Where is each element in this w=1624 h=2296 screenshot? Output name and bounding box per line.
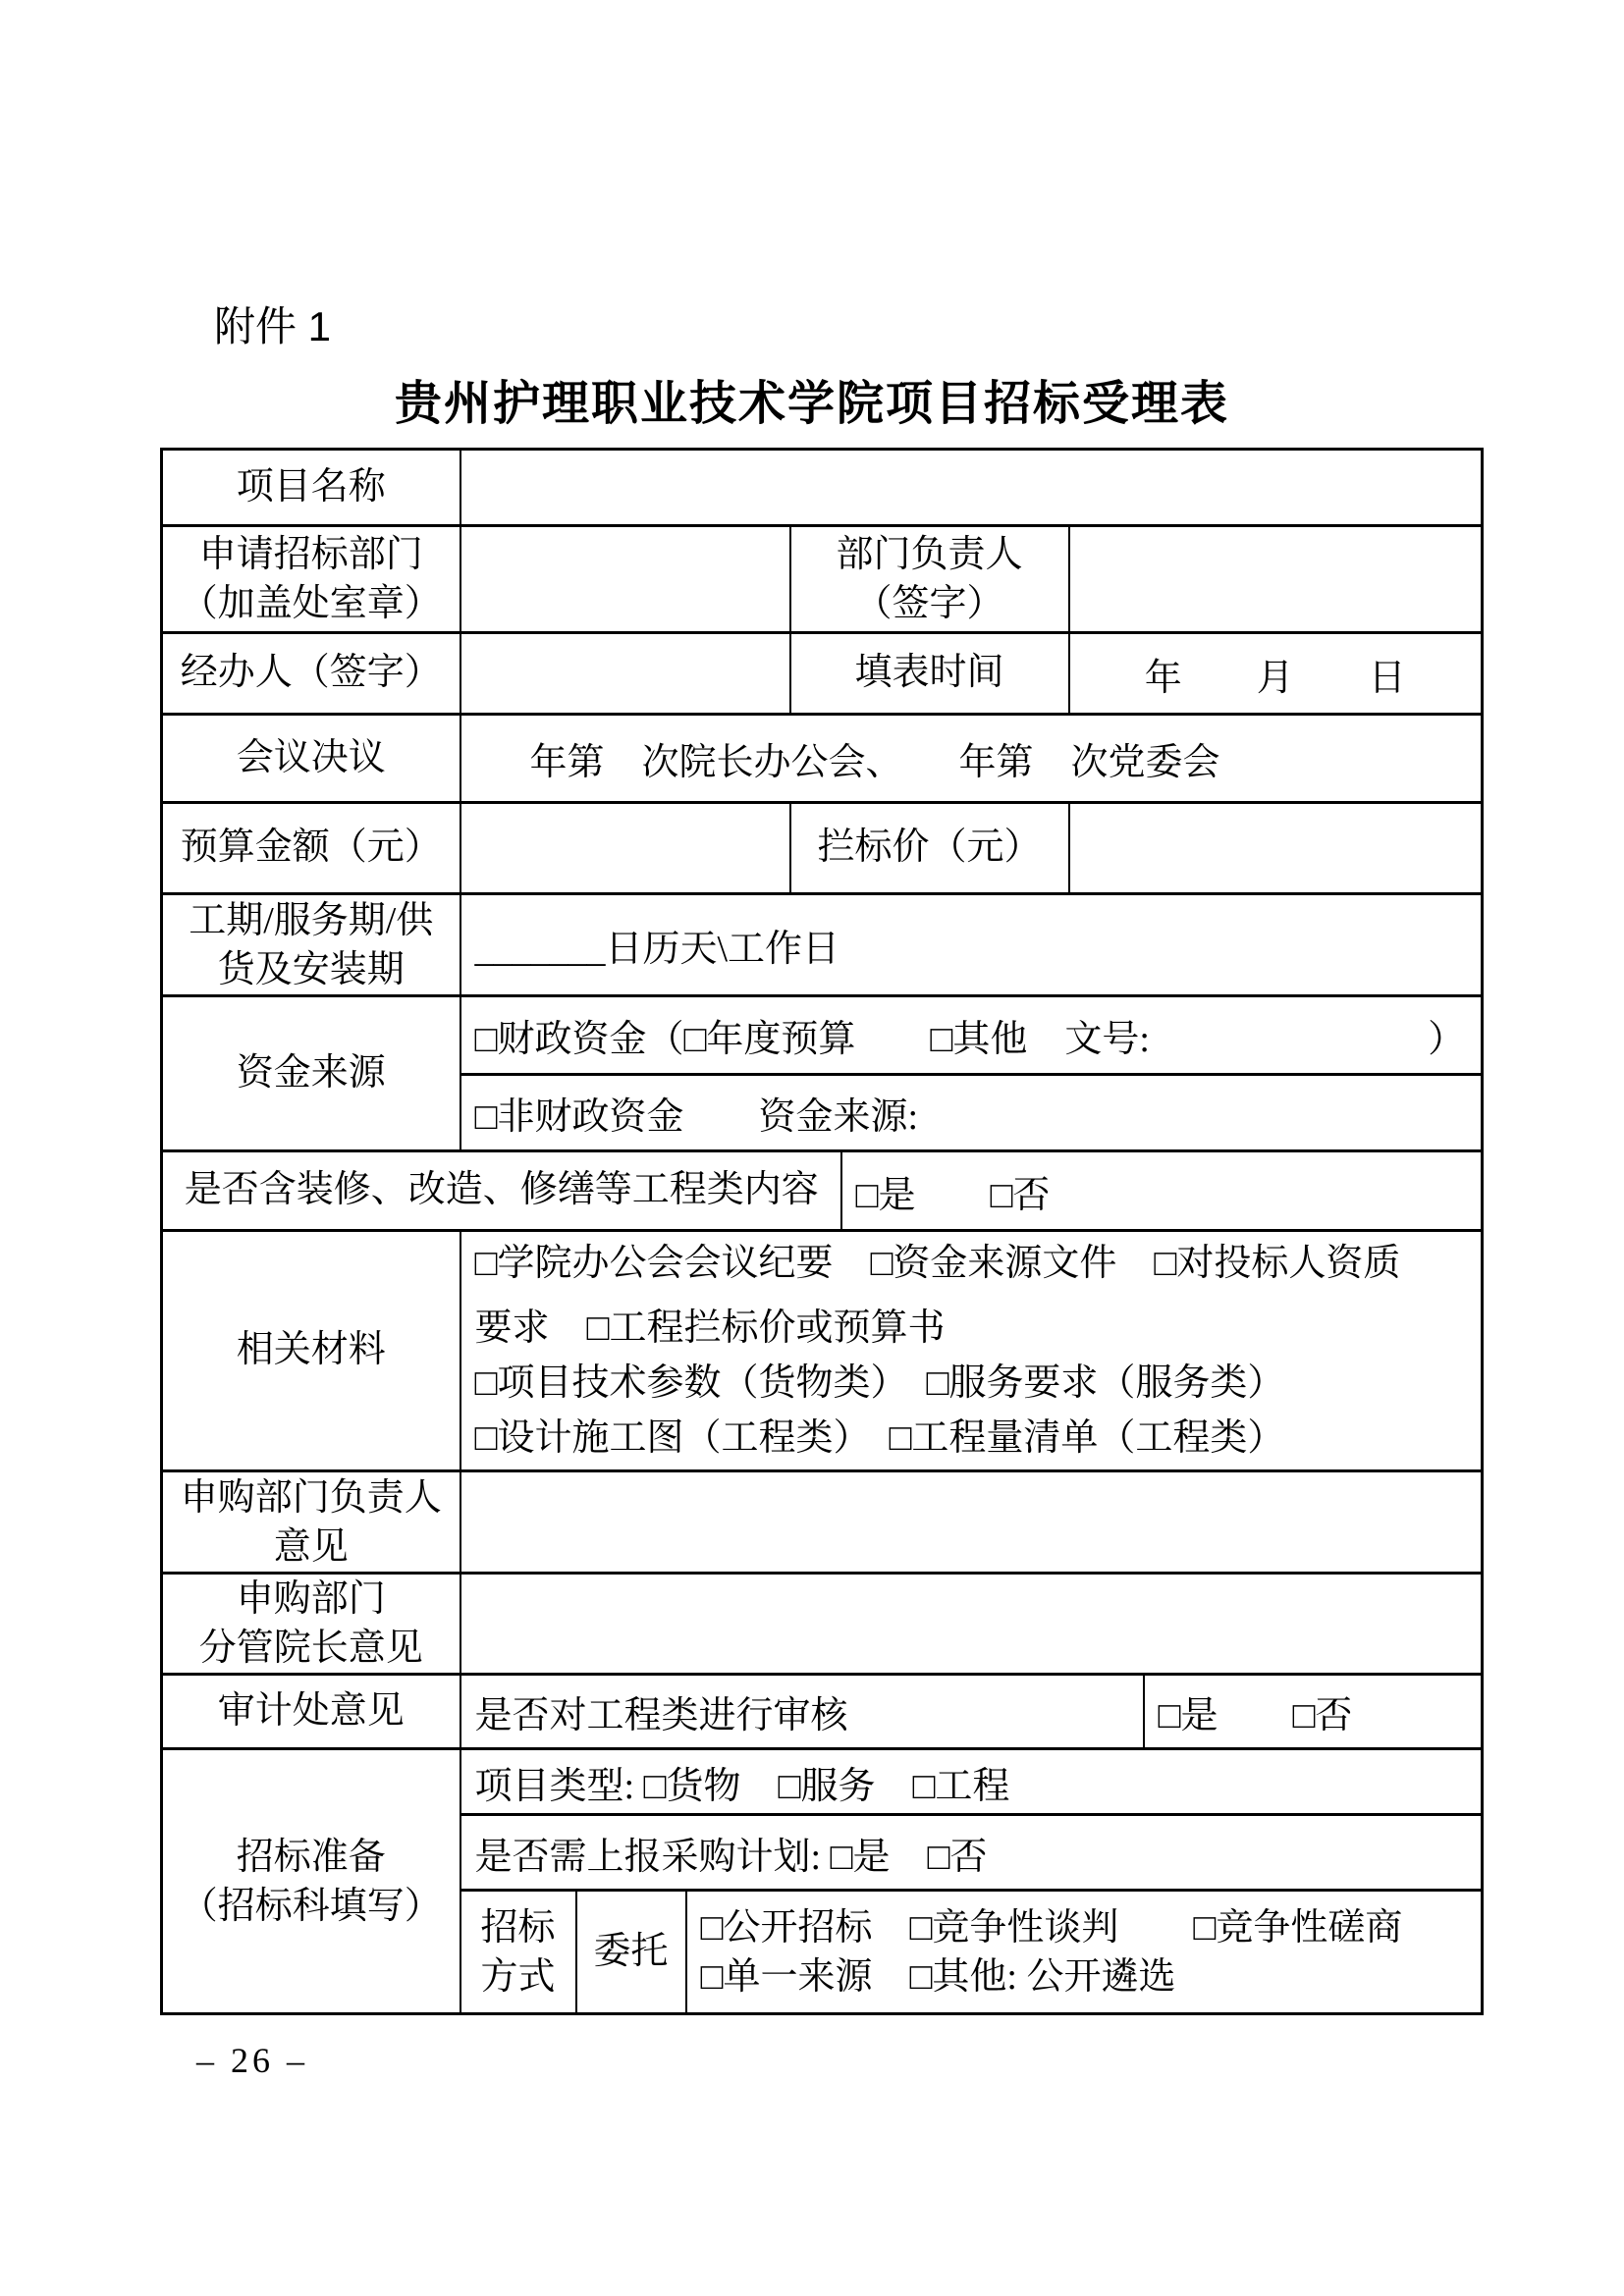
dept-head-label-line2: （签字）: [791, 579, 1068, 628]
row-vice-president-opinion: 申购部门 分管院长意见: [162, 1574, 1483, 1675]
handler-value: [460, 633, 790, 715]
row-materials: 相关材料 □学院办公会会议纪要 □资金来源文件 □对投标人资质 要求 □工程拦标…: [162, 1231, 1483, 1471]
audit-options: □是 □否: [1144, 1675, 1483, 1749]
audit-label: 审计处意见: [162, 1675, 460, 1749]
cap-price-value: [1069, 803, 1483, 894]
row-project-type: 招标准备 （招标科填写） 项目类型: □货物 □服务 □工程: [162, 1749, 1483, 1815]
duration-label: 工期/服务期/供 货及安装期: [162, 894, 460, 996]
materials-line-2: 要求 □工程拦标价或预算书: [475, 1301, 1468, 1356]
row-project-name: 项目名称: [162, 450, 1483, 526]
row-renovation: 是否含装修、改造、修缮等工程类内容 □是 □否: [162, 1151, 1483, 1231]
bidding-acceptance-form: 项目名称 申请招标部门 （加盖处室章） 部门负责人 （签字） 经办人（签字） 填…: [160, 448, 1484, 2015]
fill-time-label: 填表时间: [790, 633, 1069, 715]
vice-president-opinion-label-line2: 分管院长意见: [163, 1624, 460, 1673]
dept-head-label: 部门负责人 （签字）: [790, 526, 1069, 633]
bidding-method-options-line2: □单一来源 □其他: 公开遴选: [701, 1952, 1468, 2002]
materials-line-3: □项目技术参数（货物类） □服务要求（服务类）: [475, 1356, 1468, 1411]
dept-head-opinion-label: 申购部门负责人 意见: [162, 1471, 460, 1574]
apply-dept-label-line1: 申请招标部门: [163, 530, 460, 579]
materials-line-4: □设计施工图（工程类） □工程量清单（工程类）: [475, 1411, 1468, 1466]
row-budget: 预算金额（元） 拦标价（元）: [162, 803, 1483, 894]
apply-dept-value: [460, 526, 790, 633]
bidding-method-label-line1: 招标: [461, 1903, 575, 1952]
purchase-plan-options: 是否需上报采购计划: □是 □否: [460, 1815, 1483, 1891]
budget-value: [460, 803, 790, 894]
dept-head-value: [1069, 526, 1483, 633]
bidding-method-options-line1: □公开招标 □竞争性谈判 □竞争性磋商: [701, 1903, 1468, 1952]
renovation-options: □是 □否: [841, 1151, 1483, 1231]
row-handler: 经办人（签字） 填表时间 年 月 日: [162, 633, 1483, 715]
entrust-label: 委托: [576, 1891, 686, 2014]
funds-fiscal-close-paren: ）: [1428, 1008, 1465, 1062]
dept-head-opinion-value: [460, 1471, 1483, 1574]
materials-line-1: □学院办公会会议纪要 □资金来源文件 □对投标人资质: [475, 1236, 1468, 1291]
page-title: 贵州护理职业技术学院项目招标受理表: [0, 365, 1624, 433]
vice-president-opinion-label: 申购部门 分管院长意见: [162, 1574, 460, 1675]
row-meeting: 会议决议 年第 次院长办公会、 年第 次党委会: [162, 715, 1483, 803]
materials-label: 相关材料: [162, 1231, 460, 1471]
dept-head-label-line1: 部门负责人: [791, 530, 1068, 579]
row-duration: 工期/服务期/供 货及安装期 _______日历天\工作日: [162, 894, 1483, 996]
cap-price-label: 拦标价（元）: [790, 803, 1069, 894]
row-funds-fiscal: 资金来源 □财政资金（□年度预算 □其他 文号: ）: [162, 996, 1483, 1075]
project-name-value: [460, 450, 1483, 526]
fill-time-value: 年 月 日: [1069, 633, 1483, 715]
handler-label: 经办人（签字）: [162, 633, 460, 715]
dept-head-opinion-label-line2: 意见: [163, 1522, 460, 1572]
row-dept-head-opinion: 申购部门负责人 意见: [162, 1471, 1483, 1574]
funds-label: 资金来源: [162, 996, 460, 1151]
bidding-method-options: □公开招标 □竞争性谈判 □竞争性磋商 □单一来源 □其他: 公开遴选: [686, 1891, 1483, 2014]
funds-nonfiscal-text: □非财政资金 资金来源:: [460, 1075, 1483, 1151]
duration-value: _______日历天\工作日: [460, 894, 1483, 996]
renovation-label: 是否含装修、改造、修缮等工程类内容: [162, 1151, 841, 1231]
budget-label: 预算金额（元）: [162, 803, 460, 894]
funds-fiscal-text: □财政资金（□年度预算 □其他 文号:: [475, 1008, 1150, 1062]
duration-label-line2: 货及安装期: [163, 945, 460, 994]
meeting-value: 年第 次院长办公会、 年第 次党委会: [460, 715, 1483, 803]
row-apply-dept: 申请招标部门 （加盖处室章） 部门负责人 （签字）: [162, 526, 1483, 633]
bidding-method-label: 招标 方式: [460, 1891, 576, 2014]
attachment-label: 附件 1: [214, 294, 331, 353]
vice-president-opinion-value: [460, 1574, 1483, 1675]
duration-label-line1: 工期/服务期/供: [163, 896, 460, 945]
funds-fiscal-cell: □财政资金（□年度预算 □其他 文号: ）: [460, 996, 1483, 1075]
audit-question: 是否对工程类进行审核: [460, 1675, 1144, 1749]
meeting-label: 会议决议: [162, 715, 460, 803]
preparation-label-line1: 招标准备: [163, 1833, 460, 1882]
preparation-label-line2: （招标科填写）: [163, 1882, 460, 1931]
apply-dept-label-line2: （加盖处室章）: [163, 579, 460, 628]
row-audit: 审计处意见 是否对工程类进行审核 □是 □否: [162, 1675, 1483, 1749]
apply-dept-label: 申请招标部门 （加盖处室章）: [162, 526, 460, 633]
bidding-method-label-line2: 方式: [461, 1952, 575, 2002]
vice-president-opinion-label-line1: 申购部门: [163, 1575, 460, 1624]
dept-head-opinion-label-line1: 申购部门负责人: [163, 1473, 460, 1522]
preparation-label: 招标准备 （招标科填写）: [162, 1749, 460, 2014]
project-type-options: 项目类型: □货物 □服务 □工程: [460, 1749, 1483, 1815]
materials-list: □学院办公会会议纪要 □资金来源文件 □对投标人资质 要求 □工程拦标价或预算书…: [460, 1231, 1483, 1471]
project-name-label: 项目名称: [162, 450, 460, 526]
page-number: – 26 –: [196, 2040, 308, 2081]
